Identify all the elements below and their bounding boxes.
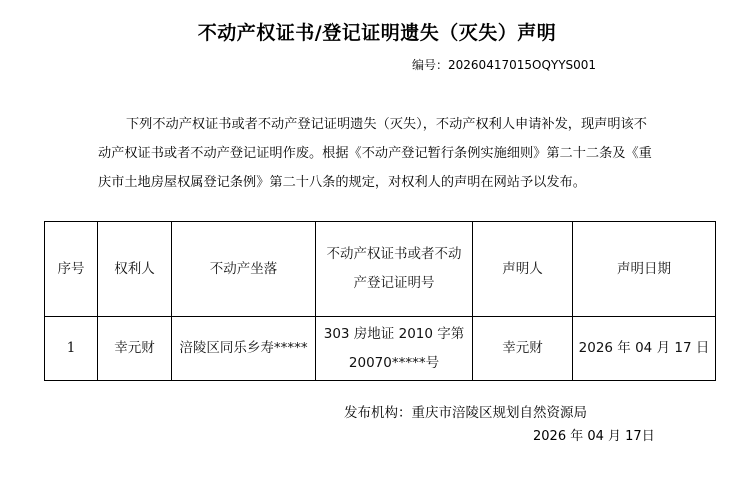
table-row: 1 幸元财 涪陵区同乐乡寿***** 303 房地证 2010 字第 20070… — [45, 317, 716, 381]
publisher: 发布机构：重庆市涪陵区规划自然资源局 — [344, 401, 587, 421]
cell-date: 2026 年 04 月 17 日 — [573, 317, 716, 381]
header-declarant: 声明人 — [473, 222, 573, 317]
document-number-value: 20260417015OQYYS001 — [448, 58, 596, 72]
publish-date: 2026 年 04 月 17日 — [533, 425, 655, 444]
header-location: 不动产坐落 — [172, 222, 316, 317]
declaration-paragraph: 下列不动产权证书或者不动产登记证明遗失（灭失），不动产权利人申请补发，现声明该不… — [98, 110, 658, 197]
declaration-table: 序号 权利人 不动产坐落 不动产权证书或者不动产登记证明号 声明人 声明日期 1… — [44, 221, 716, 381]
cell-declarant: 幸元财 — [473, 317, 573, 381]
document-number-label: 编号： — [412, 58, 448, 72]
declaration-text: 下列不动产权证书或者不动产登记证明遗失（灭失），不动产权利人申请补发，现声明该不… — [98, 110, 658, 197]
table-header-row: 序号 权利人 不动产坐落 不动产权证书或者不动产登记证明号 声明人 声明日期 — [45, 222, 716, 317]
header-owner: 权利人 — [98, 222, 172, 317]
cell-certificate-no: 303 房地证 2010 字第 20070*****号 — [316, 317, 473, 381]
cell-index: 1 — [45, 317, 98, 381]
header-index: 序号 — [45, 222, 98, 317]
document-title: 不动产权证书/登记证明遗失（灭失）声明 — [0, 18, 754, 45]
header-date: 声明日期 — [573, 222, 716, 317]
cell-owner: 幸元财 — [98, 317, 172, 381]
cell-location: 涪陵区同乐乡寿***** — [172, 317, 316, 381]
document-number: 编号：20260417015OQYYS001 — [412, 56, 596, 73]
header-certificate-no: 不动产权证书或者不动产登记证明号 — [316, 222, 473, 317]
